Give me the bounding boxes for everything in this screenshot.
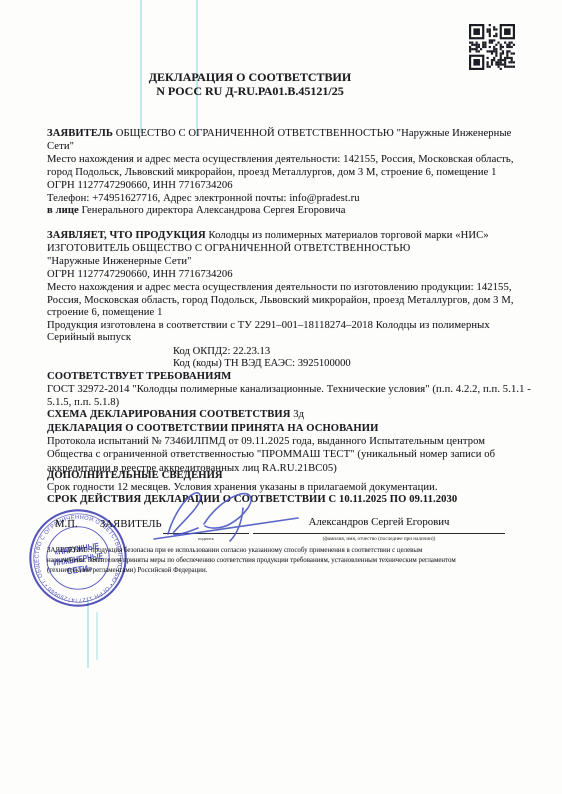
manufacturer-line: ИЗГОТОВИТЕЛЬ ОБЩЕСТВО С ОГРАНИЧЕННОЙ ОТВ…: [47, 243, 531, 256]
scan-artifact-line: [196, 0, 198, 136]
declares-label: ЗАЯВЛЯЕТ, ЧТО ПРОДУКЦИЯ: [47, 230, 206, 241]
declaration-scheme-line: СХЕМА ДЕКЛАРИРОВАНИЯ СООТВЕТСТВИЯ 3д: [47, 409, 531, 422]
scan-artifact-line: [140, 0, 142, 133]
gost-standard-text: ГОСТ 32972-2014 "Колодцы полимерные кана…: [47, 383, 531, 409]
serial-issue-label: Серийный выпуск: [47, 332, 131, 345]
product-codes: Код ОКПД2: 22.23.13 Код (коды) ТН ВЭД ЕА…: [173, 346, 351, 371]
manufacturer-address: Место нахождения и адрес места осуществл…: [47, 282, 531, 321]
document-number: N РОСС RU Д-RU.РА01.В.45121/25: [90, 85, 410, 99]
scheme-label: СХЕМА ДЕКЛАРИРОВАНИЯ СООТВЕТСТВИЯ: [47, 409, 291, 420]
applicant-label: ЗАЯВИТЕЛЬ: [47, 128, 113, 139]
product-section: ЗАЯВЛЯЕТ, ЧТО ПРОДУКЦИЯ Колодцы из полим…: [47, 230, 531, 333]
test-protocol-text: Протокола испытаний № 7346ИЛПМД от 09.11…: [47, 435, 531, 475]
applicant-representative: в лице Генерального директора Александро…: [47, 205, 531, 218]
requirements-section: СООТВЕТСТВУЕТ ТРЕБОВАНИЯМ ГОСТ 32972-201…: [47, 370, 531, 409]
scan-artifact-line: [87, 600, 89, 668]
basis-section: ДЕКЛАРАЦИЯ О СООТВЕТСТВИИ ПРИНЯТА НА ОСН…: [47, 422, 531, 475]
additional-info-label: ДОПОЛНИТЕЛЬНЫЕ СВЕДЕНИЯ: [47, 470, 531, 483]
manufacturer-ogrn-inn: ОГРН 1127747290660, ИНН 7716734206: [47, 269, 531, 282]
product-name: Колодцы из полимерных материалов торгово…: [206, 230, 489, 241]
manufacturer-name: "Наружные Инженерные Сети": [47, 256, 531, 269]
okpd2-code: Код ОКПД2: 22.23.13: [173, 346, 351, 358]
declaration-document-page: ДЕКЛАРАЦИЯ О СООТВЕТСТВИИ N РОСС RU Д-RU…: [0, 0, 562, 794]
company-stamp: ОБЩЕСТВО С ОГРАНИЧЕННОЙ ОТВЕТСТВЕННОСТЬЮ…: [26, 506, 130, 610]
represented-by-label: в лице: [47, 205, 79, 216]
applicant-address: Место нахождения и адрес места осуществл…: [47, 154, 531, 180]
scan-artifact-line: [96, 612, 98, 660]
applicant-line: ЗАЯВИТЕЛЬ ОБЩЕСТВО С ОГРАНИЧЕННОЙ ОТВЕТС…: [47, 128, 531, 154]
represented-by-name: Генерального директора Александрова Серг…: [79, 205, 346, 216]
scheme-value: 3д: [291, 409, 305, 420]
applicant-ogrn-inn: ОГРН 1127747290660, ИНН 7716734206: [47, 180, 531, 193]
handwritten-signature: [150, 482, 306, 542]
meets-requirements-label: СООТВЕТСТВУЕТ ТРЕБОВАНИЯМ: [47, 370, 531, 383]
document-title: ДЕКЛАРАЦИЯ О СООТВЕТСТВИИ: [90, 71, 410, 85]
applicant-contacts: Телефон: +74951627716, Адрес электронной…: [47, 193, 531, 206]
tnved-code: Код (коды) ТН ВЭД ЕАЭС: 3925100000: [173, 358, 351, 370]
applicant-name: ОБЩЕСТВО С ОГРАНИЧЕННОЙ ОТВЕТСТВЕННОСТЬЮ…: [47, 128, 511, 152]
basis-label: ДЕКЛАРАЦИЯ О СООТВЕТСТВИИ ПРИНЯТА НА ОСН…: [47, 422, 531, 435]
product-declaration-line: ЗАЯВЛЯЕТ, ЧТО ПРОДУКЦИЯ Колодцы из полим…: [47, 230, 531, 243]
document-title-block: ДЕКЛАРАЦИЯ О СООТВЕТСТВИИ N РОСС RU Д-RU…: [90, 71, 410, 98]
applicant-section: ЗАЯВИТЕЛЬ ОБЩЕСТВО С ОГРАНИЧЕННОЙ ОТВЕТС…: [47, 128, 531, 218]
qr-code: [469, 24, 515, 70]
